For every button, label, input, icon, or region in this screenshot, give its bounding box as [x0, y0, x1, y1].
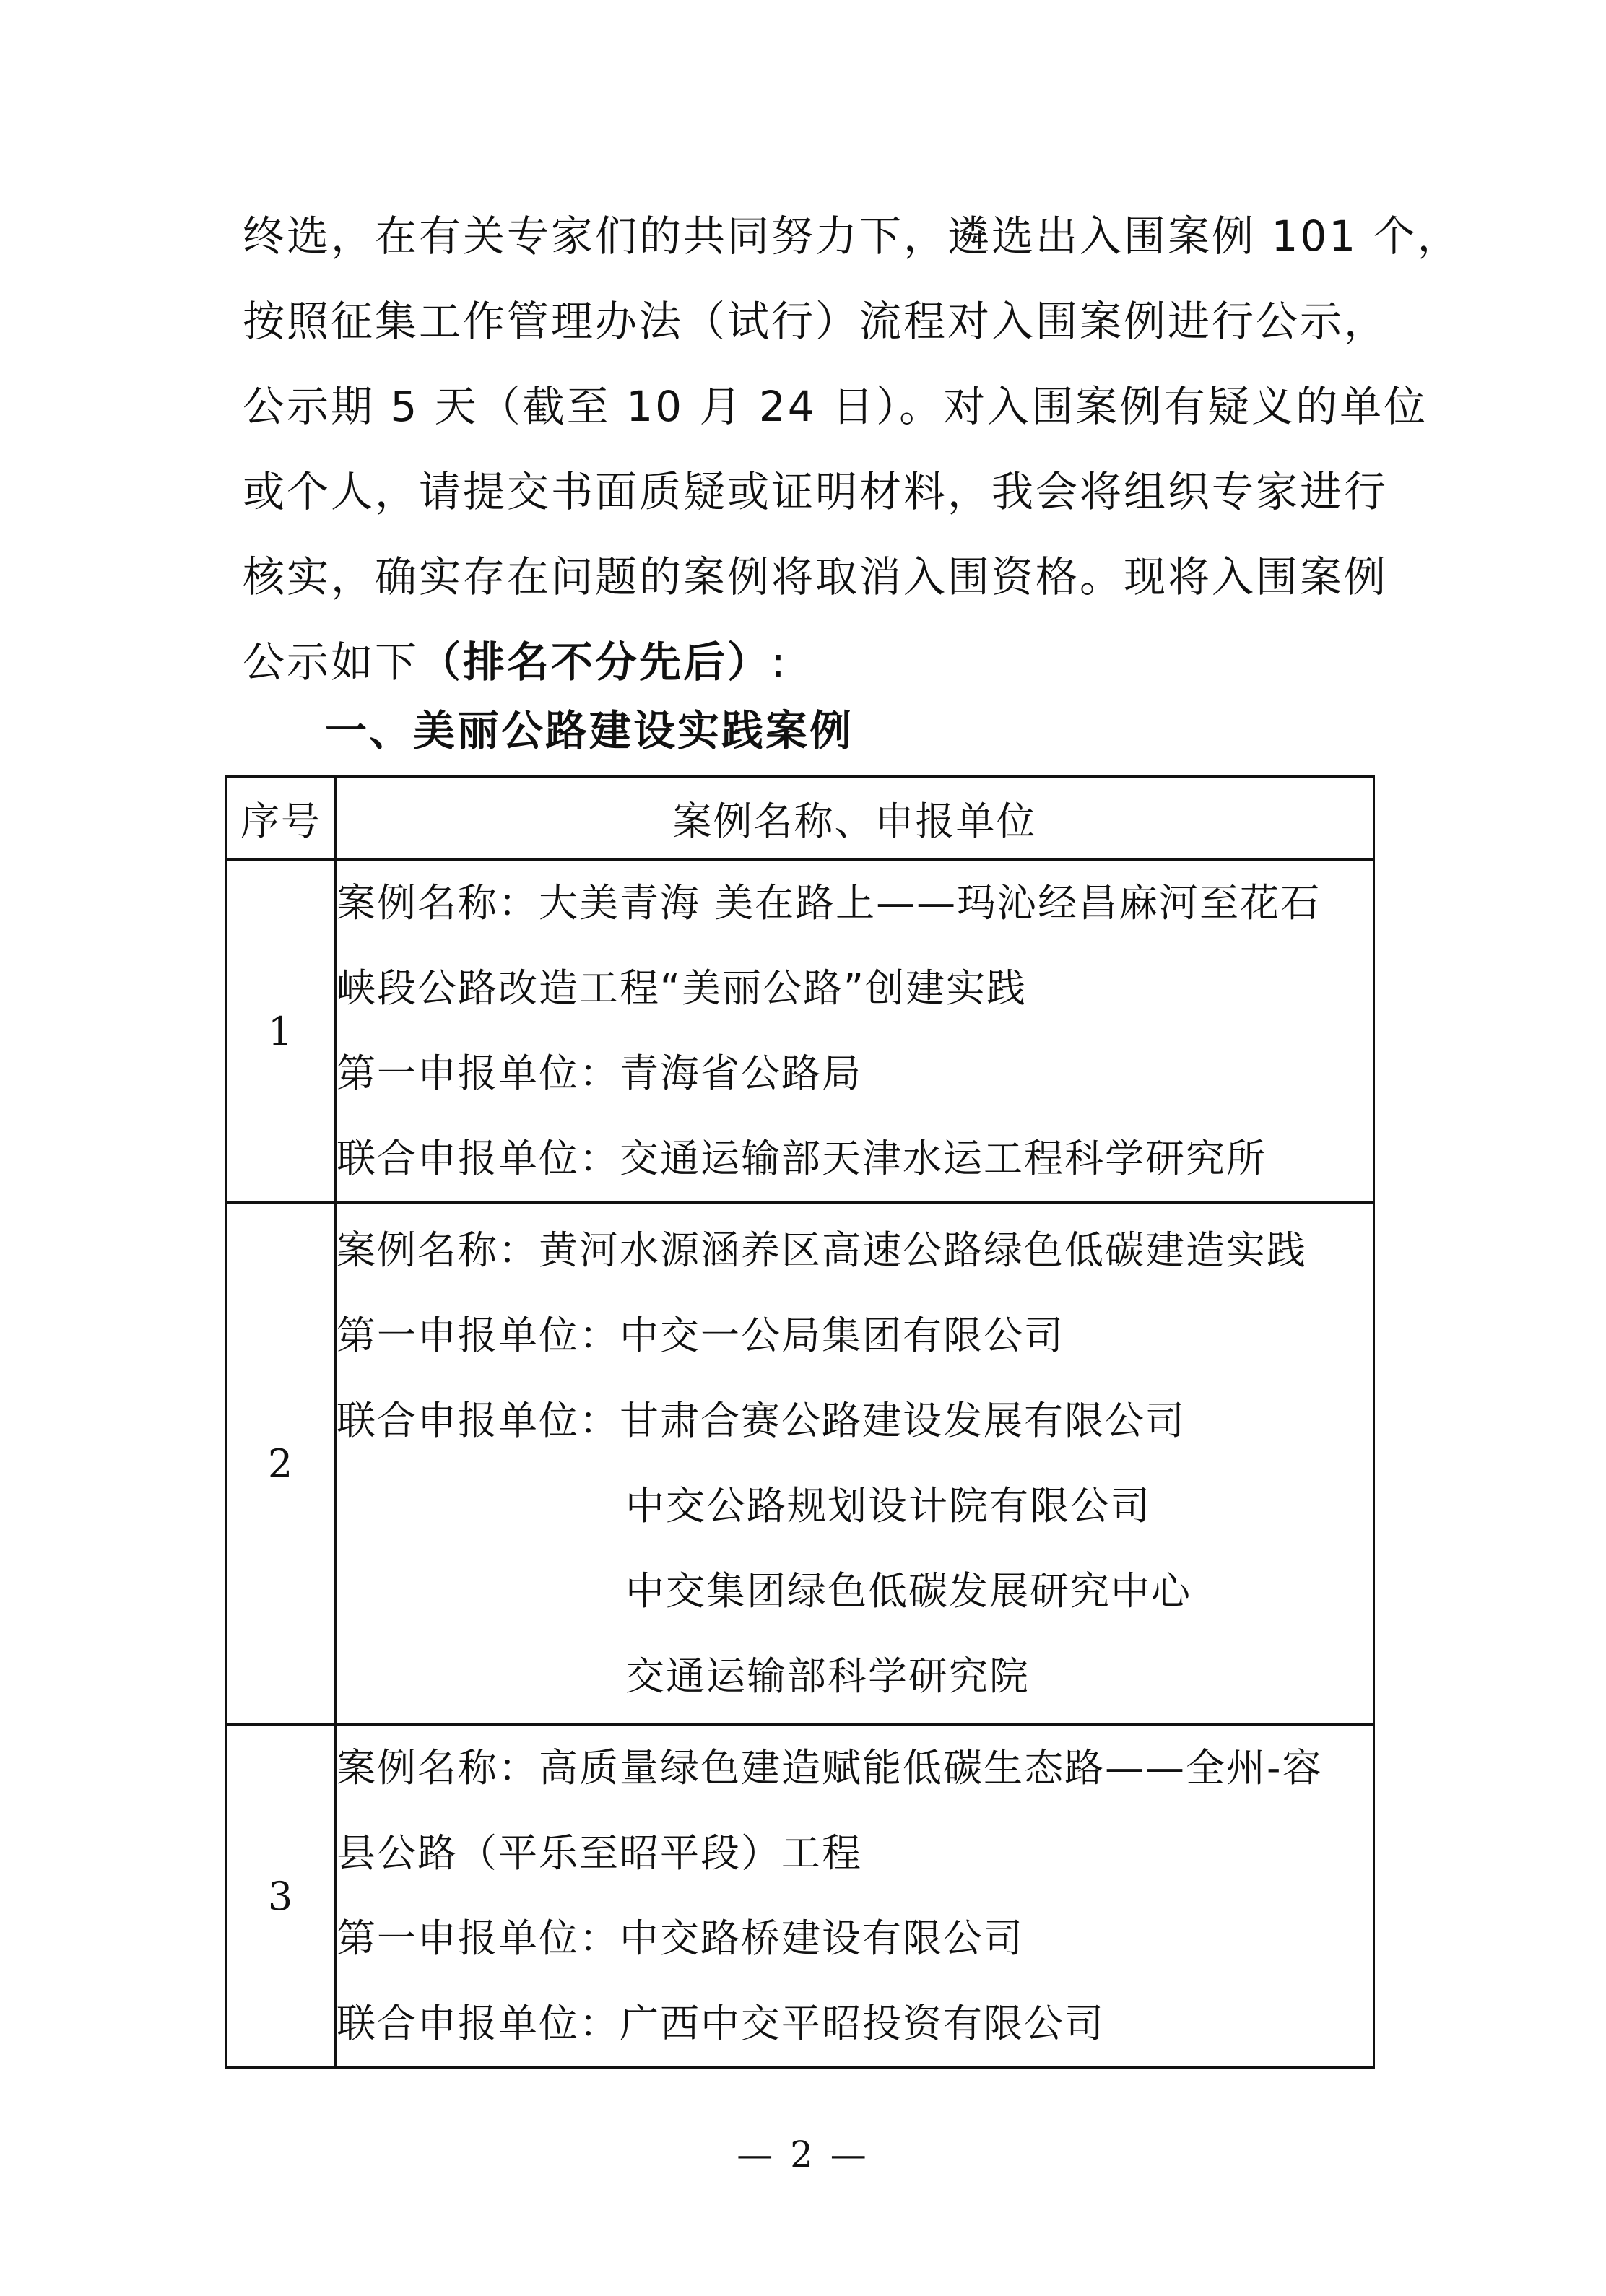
table-row: 3 案例名称：高质量绿色建造赋能低碳生态路——全州-容 县公路（平乐至昭平段）工… — [227, 1725, 1374, 2068]
row-number: 3 — [227, 1725, 336, 2068]
row-content: 案例名称：黄河水源涵养区高速公路绿色低碳建造实践 第一申报单位：中交一公局集团有… — [336, 1203, 1374, 1725]
cases-table: 序号 案例名称、申报单位 1 案例名称：大美青海 美在路上——玛沁经昌麻河至花石… — [225, 775, 1375, 2069]
paragraph-line: 按照征集工作管理办法（试行）流程对入围案例进行公示， — [243, 279, 1369, 364]
page-number: — 2 — — [0, 2134, 1606, 2175]
first-applicant: 第一申报单位：中交一公局集团有限公司 — [337, 1293, 1373, 1378]
case-name-line: 案例名称：大美青海 美在路上——玛沁经昌麻河至花石 — [337, 861, 1373, 946]
case-name-line: 峡段公路改造工程“美丽公路”创建实践 — [337, 946, 1373, 1031]
intro-paragraph: 终选，在有关专家们的共同努力下，遴选出入围案例 101 个， 按照征集工作管理办… — [243, 193, 1369, 705]
joint-applicant: 联合申报单位：交通运输部天津水运工程科学研究所 — [337, 1116, 1373, 1201]
row-content: 案例名称：高质量绿色建造赋能低碳生态路——全州-容 县公路（平乐至昭平段）工程 … — [336, 1725, 1374, 2068]
first-applicant: 第一申报单位：中交路桥建设有限公司 — [337, 1896, 1373, 1981]
document-page: 终选，在有关专家们的共同努力下，遴选出入围案例 101 个， 按照征集工作管理办… — [0, 0, 1606, 2296]
paragraph-last-line: 公示如下（排名不分先后）: — [243, 619, 1369, 705]
joint-applicant: 联合申报单位：甘肃合赛公路建设发展有限公司 — [337, 1378, 1373, 1464]
row-content: 案例名称：大美青海 美在路上——玛沁经昌麻河至花石 峡段公路改造工程“美丽公路”… — [336, 860, 1374, 1203]
table-row: 1 案例名称：大美青海 美在路上——玛沁经昌麻河至花石 峡段公路改造工程“美丽公… — [227, 860, 1374, 1203]
ranking-note: （排名不分先后） — [419, 638, 771, 687]
table-header-row: 序号 案例名称、申报单位 — [227, 777, 1374, 860]
joint-applicant-additional: 中交公路规划设计院有限公司 — [337, 1464, 1373, 1549]
last-line-suffix: : — [771, 638, 788, 687]
last-line-prefix: 公示如下 — [243, 638, 419, 687]
case-name-line: 案例名称：高质量绿色建造赋能低碳生态路——全州-容 — [337, 1726, 1373, 1811]
paragraph-line: 核实，确实存在问题的案例将取消入围资格。现将入围案例 — [243, 534, 1369, 619]
case-name-line: 案例名称：黄河水源涵养区高速公路绿色低碳建造实践 — [337, 1208, 1373, 1293]
paragraph-line: 或个人，请提交书面质疑或证明材料，我会将组织专家进行 — [243, 449, 1369, 534]
joint-applicant: 联合申报单位：广西中交平昭投资有限公司 — [337, 1981, 1373, 2066]
header-content: 案例名称、申报单位 — [336, 777, 1374, 860]
case-name-line: 县公路（平乐至昭平段）工程 — [337, 1811, 1373, 1896]
paragraph-line: 公示期 5 天（截至 10 月 24 日）。对入围案例有疑义的单位 — [243, 364, 1369, 449]
joint-applicant-additional: 交通运输部科学研究院 — [337, 1634, 1373, 1719]
row-number: 1 — [227, 860, 336, 1203]
table-row: 2 案例名称：黄河水源涵养区高速公路绿色低碳建造实践 第一申报单位：中交一公局集… — [227, 1203, 1374, 1725]
section-heading: 一、美丽公路建设实践案例 — [325, 695, 854, 767]
header-number: 序号 — [227, 777, 336, 860]
paragraph-line: 终选，在有关专家们的共同努力下，遴选出入围案例 101 个， — [243, 193, 1369, 279]
first-applicant: 第一申报单位：青海省公路局 — [337, 1031, 1373, 1116]
joint-applicant-additional: 中交集团绿色低碳发展研究中心 — [337, 1549, 1373, 1634]
row-number: 2 — [227, 1203, 336, 1725]
